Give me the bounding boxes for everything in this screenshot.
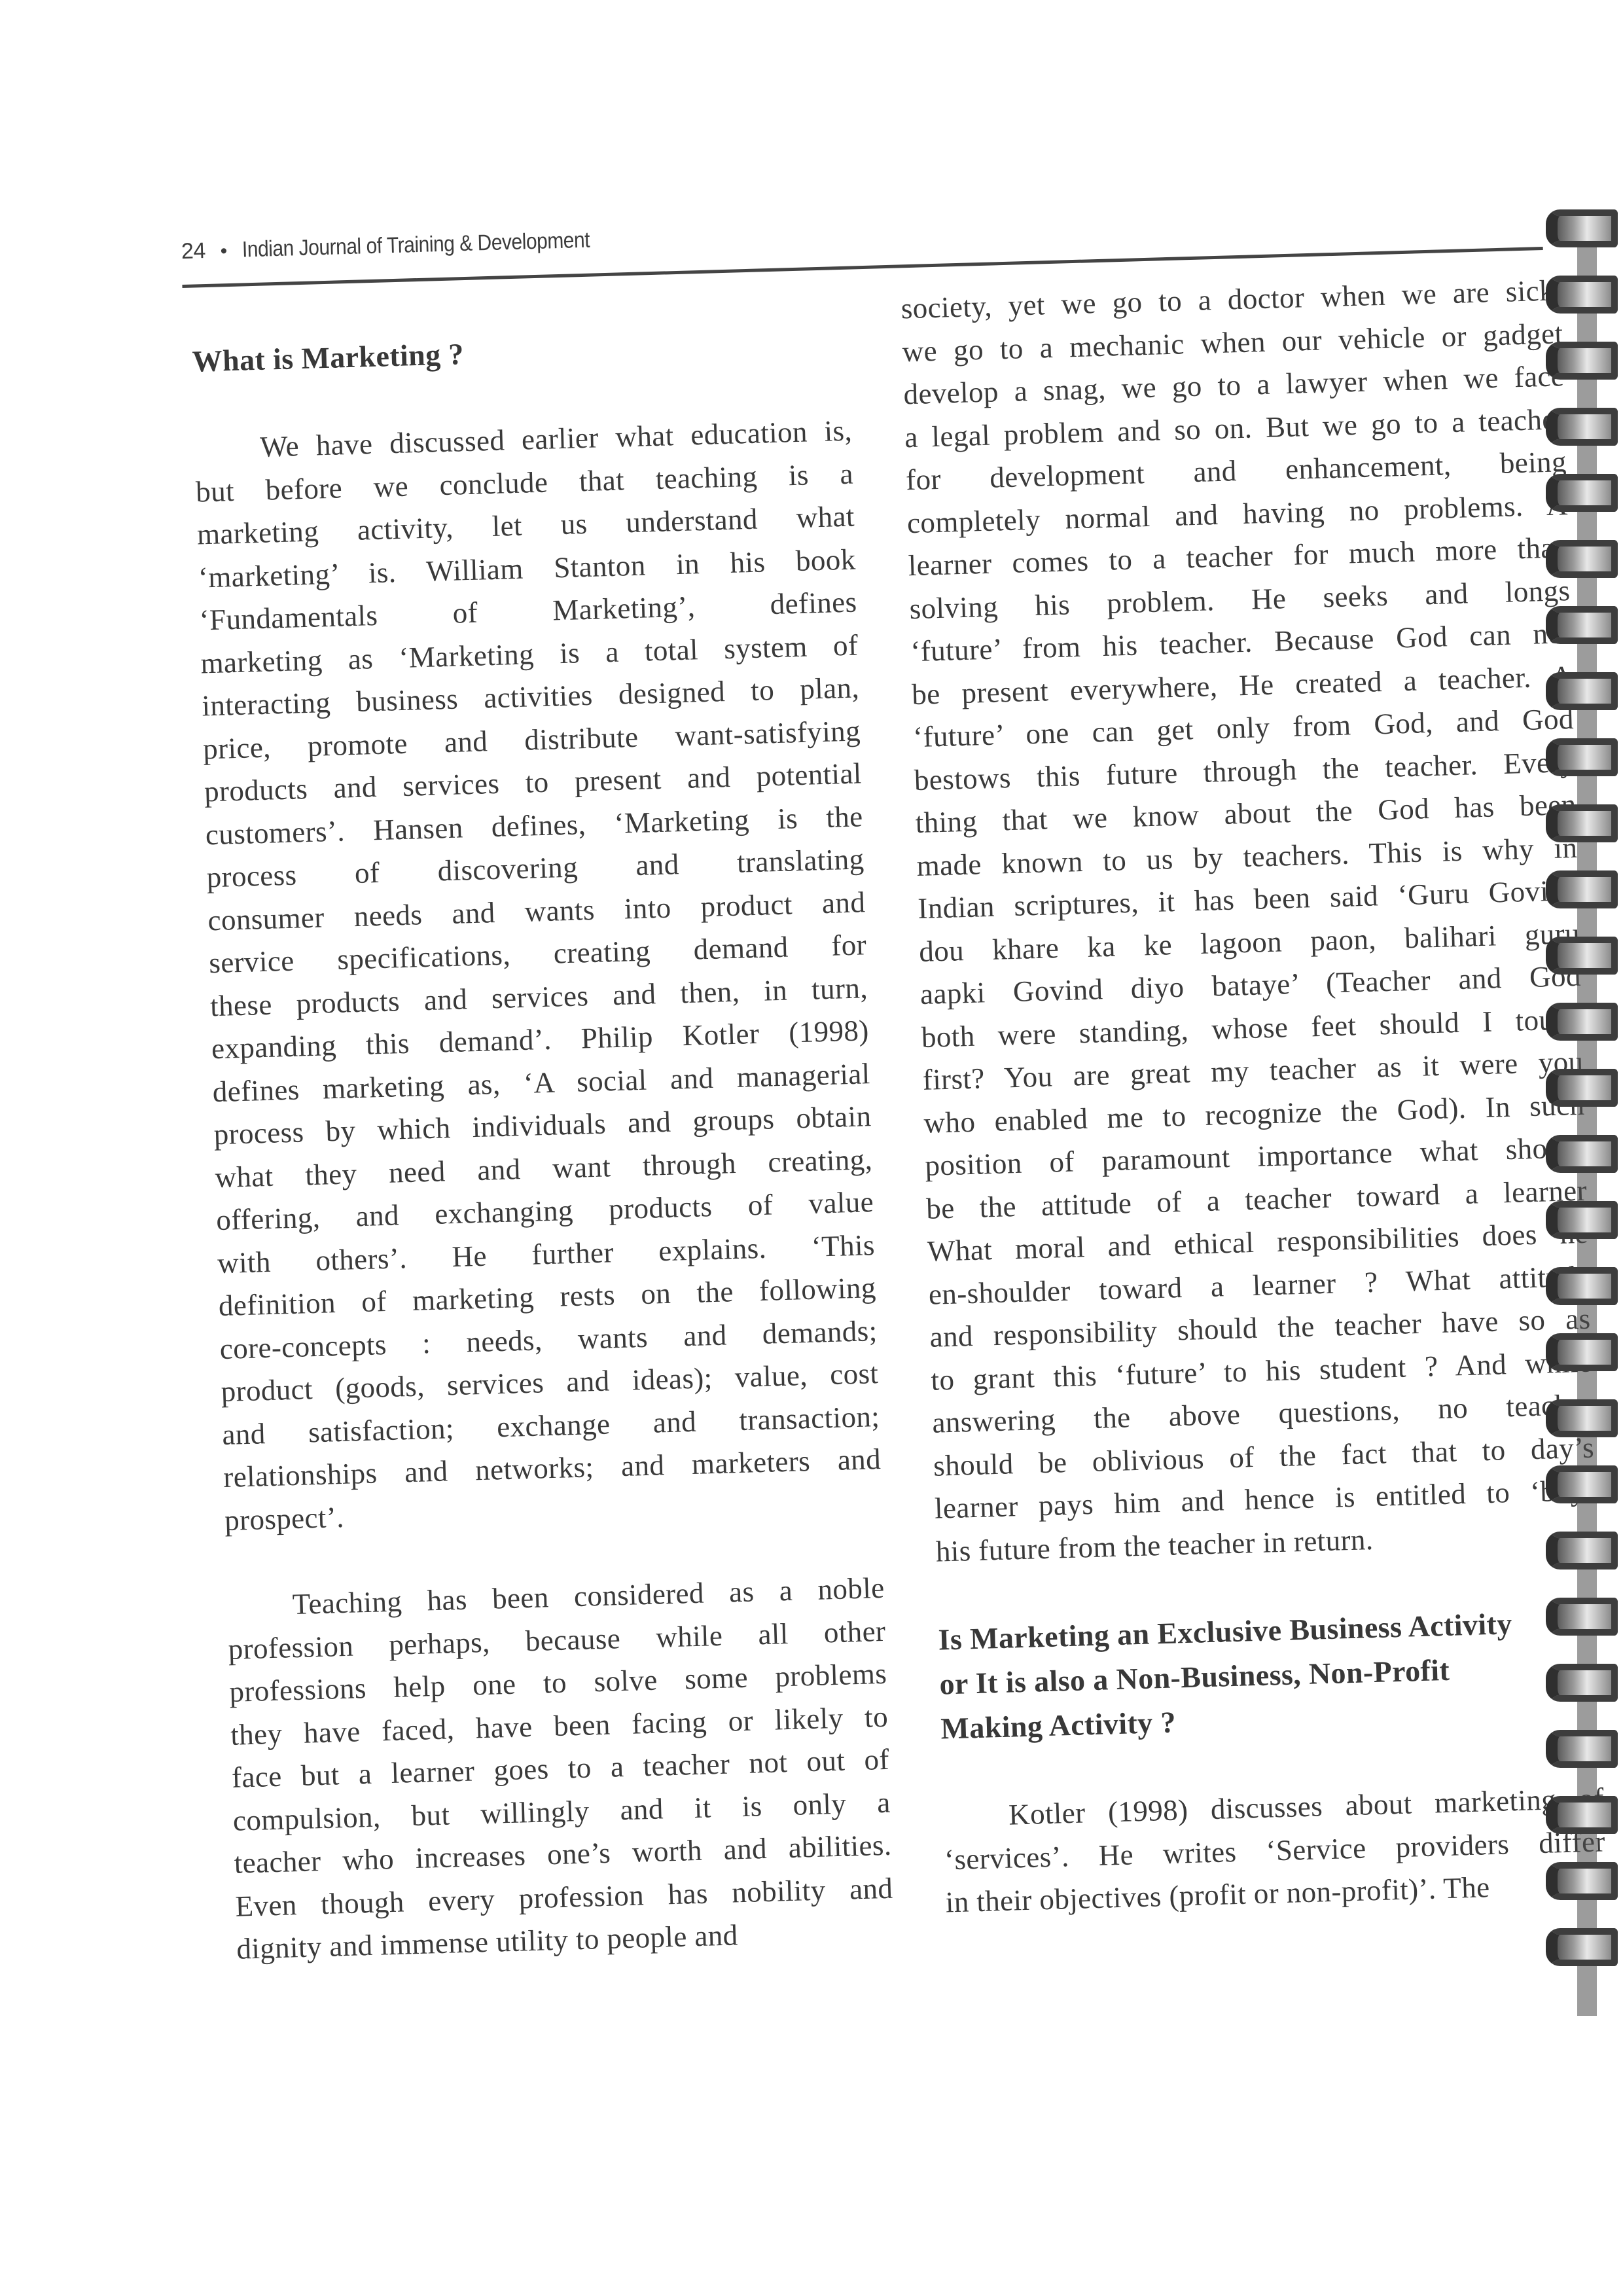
paragraph-teacher-future: society, yet we go to a doctor when we a… (901, 269, 1597, 1573)
binding-coil (1546, 672, 1618, 710)
heading-line: Is Marketing an Exclusive Business Activ… (938, 1607, 1512, 1656)
binding-coil (1546, 540, 1618, 578)
binding-coil (1546, 1267, 1618, 1305)
binding-coil (1546, 1730, 1618, 1768)
heading-line: or It is also a Non-Business, Non-Profit (939, 1653, 1450, 1701)
binding-coil (1546, 1069, 1618, 1107)
binding-coil (1546, 1201, 1618, 1239)
binding-coil (1546, 738, 1618, 776)
binding-coil (1546, 1928, 1618, 1966)
binding-coil (1546, 937, 1618, 975)
binding-coil (1546, 606, 1618, 644)
binding-coil (1546, 1399, 1618, 1437)
binding-coil (1546, 1532, 1618, 1570)
binding-coil (1546, 1003, 1618, 1041)
binding-coil (1546, 276, 1618, 314)
paragraph-teaching-noble-profession: Teaching has been considered as a noblep… (226, 1567, 895, 1971)
spiral-binding (1538, 209, 1623, 2016)
heading-line: Making Activity ? (940, 1706, 1177, 1746)
journal-title: Indian Journal of Training & Development (241, 228, 590, 263)
journal-page: 24 • Indian Journal of Training & Develo… (0, 0, 1623, 2296)
paragraph-kotler-services: Kotler (1998) discusses about marketing … (942, 1777, 1607, 1924)
binding-coil (1546, 1664, 1618, 1702)
binding-coil (1546, 1598, 1618, 1636)
header-separator: • (220, 240, 227, 262)
left-column: What is Marketing ? We have discussed ea… (192, 322, 895, 1971)
binding-coil (1546, 342, 1618, 380)
binding-coil (1546, 408, 1618, 446)
binding-coil (1546, 870, 1618, 908)
binding-coil (1546, 209, 1618, 247)
binding-coil (1546, 1862, 1618, 1900)
binding-coil (1546, 1796, 1618, 1834)
binding-coil (1546, 1135, 1618, 1173)
binding-coil (1546, 1333, 1618, 1371)
section-heading-what-is-marketing: What is Marketing ? (192, 322, 850, 384)
binding-coil (1546, 474, 1618, 512)
page-number: 24 (181, 238, 205, 264)
binding-coil (1546, 804, 1618, 842)
paragraph-marketing-definitions: We have discussed earlier what education… (194, 410, 883, 1542)
binding-coil (1546, 1465, 1618, 1503)
right-column: society, yet we go to a doctor when we a… (901, 269, 1607, 1924)
section-heading-exclusive-business-activity: Is Marketing an Exclusive Business Activ… (938, 1599, 1602, 1751)
